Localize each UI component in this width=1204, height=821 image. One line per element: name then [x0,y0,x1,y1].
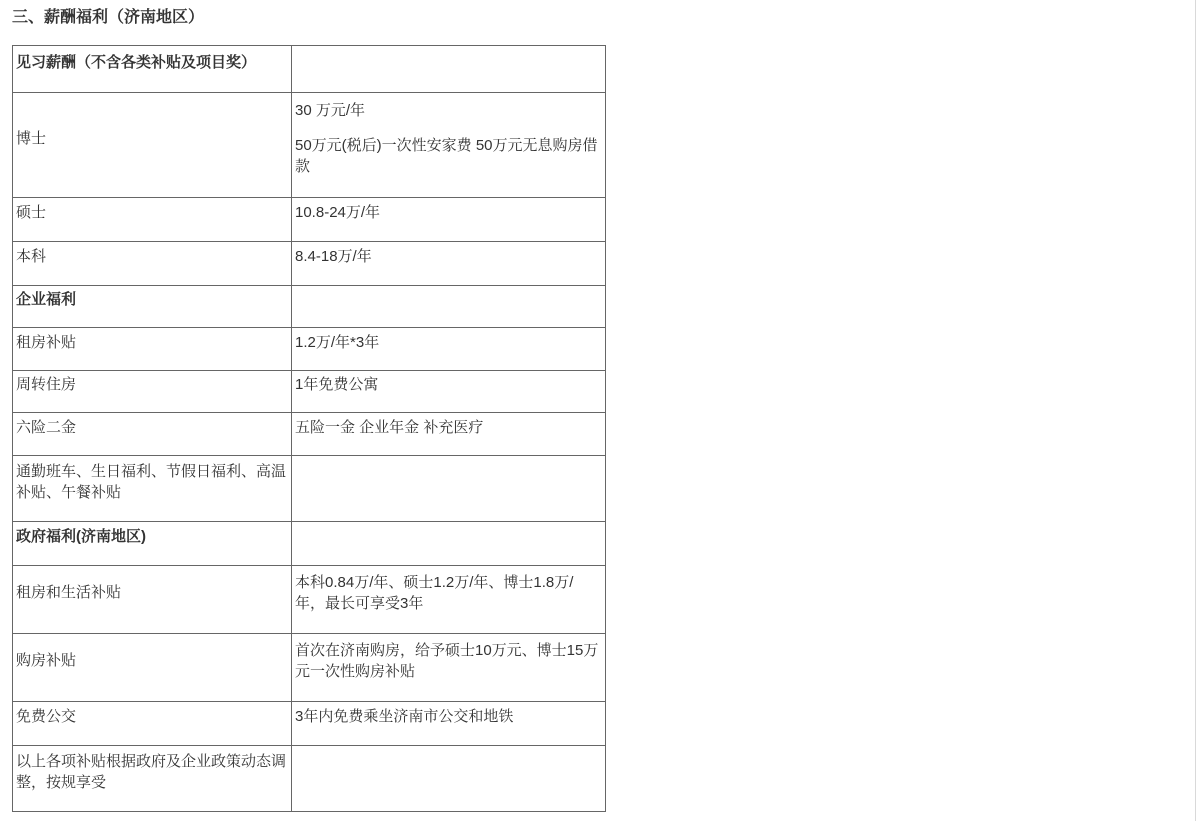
row-value: 本科0.84万/年、硕士1.2万/年、博士1.8万/年，最长可享受3年 [295,572,602,614]
row-label-cell: 政府福利(济南地区) [13,522,292,566]
benefits-table: 见习薪酬（不含各类补贴及项目奖） 博士 30 万元/年 50万元(税后)一次性安… [12,45,606,812]
row-label: 本科 [16,246,288,267]
table-row-rent-subsidy: 租房补贴 1.2万/年*3年 [13,328,606,371]
row-value-cell: 首次在济南购房，给予硕士10万元、博士15万元一次性购房补贴 [292,634,606,702]
row-label: 见习薪酬（不含各类补贴及项目奖） [16,52,288,73]
row-value: 3年内免费乘坐济南市公交和地铁 [295,706,602,727]
row-label: 租房补贴 [16,332,288,353]
table-row-living-subsidy: 租房和生活补贴 本科0.84万/年、硕士1.2万/年、博士1.8万/年，最长可享… [13,566,606,634]
row-value: 五险一金 企业年金 补充医疗 [295,417,602,438]
document-body: 三、薪酬福利（济南地区） 见习薪酬（不含各类补贴及项目奖） 博士 30 万元/年… [12,0,606,812]
row-label-cell: 见习薪酬（不含各类补贴及项目奖） [13,46,292,93]
row-label-cell: 租房和生活补贴 [13,566,292,634]
row-value: 10.8-24万/年 [295,202,602,223]
row-label-cell: 通勤班车、生日福利、节假日福利、高温补贴、午餐补贴 [13,456,292,522]
row-value-line2: 50万元(税后)一次性安家费 50万元无息购房借款 [295,135,602,177]
row-label-cell: 六险二金 [13,413,292,456]
row-value-cell: 30 万元/年 50万元(税后)一次性安家费 50万元无息购房借款 [292,93,606,198]
table-row-master: 硕士 10.8-24万/年 [13,198,606,242]
table-row-trainee-salary: 见习薪酬（不含各类补贴及项目奖） [13,46,606,93]
row-value-cell: 五险一金 企业年金 补充医疗 [292,413,606,456]
row-label-cell: 购房补贴 [13,634,292,702]
page-title: 三、薪酬福利（济南地区） [12,9,606,26]
row-label-cell: 硕士 [13,198,292,242]
row-label: 以上各项补贴根据政府及企业政策动态调整，按规享受 [16,751,288,793]
table-row-company-benefits: 企业福利 [13,286,606,328]
row-label: 企业福利 [16,289,288,310]
row-value-line1: 30 万元/年 [295,100,602,121]
row-value: 首次在济南购房，给予硕士10万元、博士15万元一次性购房补贴 [295,640,602,682]
row-label-cell: 企业福利 [13,286,292,328]
row-label: 博士 [16,128,288,149]
row-value-cell: 10.8-24万/年 [292,198,606,242]
row-value-cell: 8.4-18万/年 [292,242,606,286]
row-label: 租房和生活补贴 [16,582,288,603]
row-value-cell: 3年内免费乘坐济南市公交和地铁 [292,702,606,746]
row-label: 硕士 [16,202,288,223]
row-label: 周转住房 [16,374,288,395]
row-label: 免费公交 [16,706,288,727]
row-label-cell: 周转住房 [13,371,292,413]
row-value-cell: 1年免费公寓 [292,371,606,413]
table-row-phd: 博士 30 万元/年 50万元(税后)一次性安家费 50万元无息购房借款 [13,93,606,198]
row-label-cell: 博士 [13,93,292,198]
row-value-cell [292,286,606,328]
row-label-cell: 本科 [13,242,292,286]
table-row-misc-benefits: 通勤班车、生日福利、节假日福利、高温补贴、午餐补贴 [13,456,606,522]
table-row-insurance: 六险二金 五险一金 企业年金 补充医疗 [13,413,606,456]
row-value-cell: 1.2万/年*3年 [292,328,606,371]
scrollbar-track[interactable] [1195,0,1196,821]
table-row-bachelor: 本科 8.4-18万/年 [13,242,606,286]
table-row-transition-housing: 周转住房 1年免费公寓 [13,371,606,413]
table-row-house-purchase-subsidy: 购房补贴 首次在济南购房，给予硕士10万元、博士15万元一次性购房补贴 [13,634,606,702]
row-value-cell [292,746,606,812]
table-row-free-transit: 免费公交 3年内免费乘坐济南市公交和地铁 [13,702,606,746]
row-value-cell: 本科0.84万/年、硕士1.2万/年、博士1.8万/年，最长可享受3年 [292,566,606,634]
row-value-cell [292,456,606,522]
table-row-policy-note: 以上各项补贴根据政府及企业政策动态调整，按规享受 [13,746,606,812]
row-label: 购房补贴 [16,650,288,671]
row-label-cell: 免费公交 [13,702,292,746]
row-value-cell [292,522,606,566]
row-value: 8.4-18万/年 [295,246,602,267]
row-label: 政府福利(济南地区) [16,526,288,547]
row-label: 六险二金 [16,417,288,438]
row-label-cell: 租房补贴 [13,328,292,371]
row-value: 1.2万/年*3年 [295,332,602,353]
row-value: 1年免费公寓 [295,374,602,395]
table-row-government-benefits: 政府福利(济南地区) [13,522,606,566]
row-label-cell: 以上各项补贴根据政府及企业政策动态调整，按规享受 [13,746,292,812]
row-label: 通勤班车、生日福利、节假日福利、高温补贴、午餐补贴 [16,461,288,503]
row-value-cell [292,46,606,93]
